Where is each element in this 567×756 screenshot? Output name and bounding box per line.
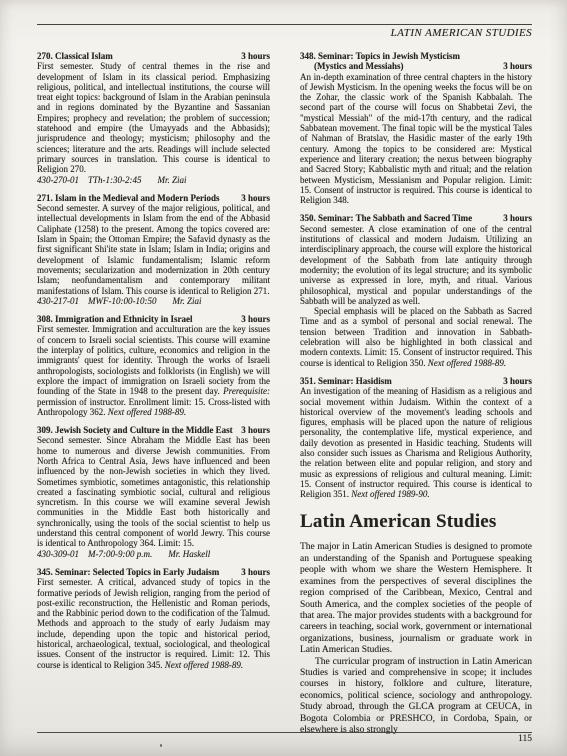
course-title: 308. Immigration and Ethnicity in Israel: [37, 314, 193, 324]
course-title-row: 350. Seminar: The Sabbath and Sacred Tim…: [300, 213, 532, 223]
course-title: 348. Seminar: Topics in Jewish Mysticism: [300, 51, 460, 61]
course-title: 345. Seminar: Selected Topics in Early J…: [37, 567, 219, 577]
section-paragraph: The curricular program of instruction in…: [300, 657, 532, 737]
course-paragraph: First semester. A critical, advanced stu…: [37, 577, 270, 670]
course-paragraph: An in-depth examination of three central…: [300, 72, 532, 206]
course-hours: 3 hours: [241, 567, 270, 577]
course-title-row: 351. Seminar: Hasidism3 hours: [300, 376, 532, 386]
course-subtitle: (Mystics and Messiahs): [300, 61, 404, 71]
course-hours: 3 hours: [241, 425, 270, 435]
schedule-instructor: Mr. Haskell: [168, 549, 210, 559]
schedule-time: M-7:00-9:00 p.m.: [88, 549, 152, 559]
course-entry: 351. Seminar: Hasidism3 hoursAn investig…: [300, 376, 532, 500]
course-schedule-line: 430-270-01TTh-1:30-2:45Mr. Ziai: [37, 175, 270, 185]
page-number: 115: [37, 734, 532, 744]
course-title-row: 271. Islam in the Medieval and Modern Pe…: [37, 193, 270, 203]
course-title-row: 309. Jewish Society and Culture in the M…: [37, 425, 270, 435]
running-head-title: LATIN AMERICAN STUDIES: [37, 27, 532, 39]
course-title: 270. Classical Islam: [37, 51, 113, 61]
course-paragraph: First semester. Study of central themes …: [37, 61, 270, 174]
schedule-code: 430-217-01: [37, 296, 79, 306]
course-entry: 350. Seminar: The Sabbath and Sacred Tim…: [300, 213, 532, 367]
course-entry: 308. Immigration and Ethnicity in Israel…: [37, 314, 270, 417]
course-entry: 348. Seminar: Topics in Jewish Mysticism…: [300, 51, 532, 205]
schedule-code: 430-309-01: [37, 549, 79, 559]
latin-american-studies-section: Latin American StudiesThe major in Latin…: [300, 511, 532, 736]
course-schedule-line: 430-217-01MWF-10:00-10:50Mr. Ziai: [37, 296, 270, 306]
course-title: 309. Jewish Society and Culture in the M…: [37, 425, 233, 435]
course-entry: 309. Jewish Society and Culture in the M…: [37, 425, 270, 559]
course-entry: 270. Classical Islam3 hoursFirst semeste…: [37, 51, 270, 185]
course-paragraph: Second semester. Since Abraham the Middl…: [37, 435, 270, 548]
course-title-row: 308. Immigration and Ethnicity in Israel…: [37, 314, 270, 324]
course-hours: 3 hours: [241, 314, 270, 324]
course-entry: 345. Seminar: Selected Topics in Early J…: [37, 567, 270, 670]
course-entry: 271. Islam in the Medieval and Modern Pe…: [37, 193, 270, 306]
course-title-row: 270. Classical Islam3 hours: [37, 51, 270, 61]
schedule-code: 430-270-01: [37, 175, 79, 185]
section-paragraph: The major in Latin American Studies is d…: [300, 542, 532, 656]
course-hours: 3 hours: [503, 376, 532, 386]
footer-rule: [37, 732, 532, 733]
schedule-time: TTh-1:30-2:45: [88, 175, 142, 185]
course-title: 351. Seminar: Hasidism: [300, 376, 392, 386]
course-subtitle-row: (Mystics and Messiahs)3 hours: [300, 61, 532, 71]
scan-artifact: [160, 744, 162, 747]
course-hours: 3 hours: [503, 213, 532, 223]
course-title-row: 348. Seminar: Topics in Jewish Mysticism: [300, 51, 532, 61]
course-paragraph: An investigation of the meaning of Hasid…: [300, 386, 532, 499]
course-paragraph: Special emphasis will be placed on the S…: [300, 306, 532, 368]
schedule-instructor: Mr. Ziai: [158, 175, 187, 185]
course-hours: 3 hours: [503, 61, 532, 71]
course-title: 350. Seminar: The Sabbath and Sacred Tim…: [300, 213, 472, 223]
course-hours: 3 hours: [241, 193, 270, 203]
header-rule: [37, 24, 532, 25]
schedule-instructor: Mr. Ziai: [172, 296, 201, 306]
course-title: 271. Islam in the Medieval and Modern Pe…: [37, 193, 220, 203]
course-hours: 3 hours: [241, 51, 270, 61]
course-paragraph: First semester. Immigration and accultur…: [37, 324, 270, 417]
section-heading: Latin American Studies: [300, 511, 532, 533]
schedule-time: MWF-10:00-10:50: [88, 296, 156, 306]
course-schedule-line: 430-309-01M-7:00-9:00 p.m.Mr. Haskell: [37, 549, 270, 559]
left-column: 270. Classical Islam3 hoursFirst semeste…: [37, 51, 270, 678]
right-column: 348. Seminar: Topics in Jewish Mysticism…: [300, 51, 532, 736]
course-title-row: 345. Seminar: Selected Topics in Early J…: [37, 567, 270, 577]
course-paragraph: Second semester. A survey of the major r…: [37, 203, 270, 296]
course-paragraph: Second semester. A close examination of …: [300, 224, 532, 306]
